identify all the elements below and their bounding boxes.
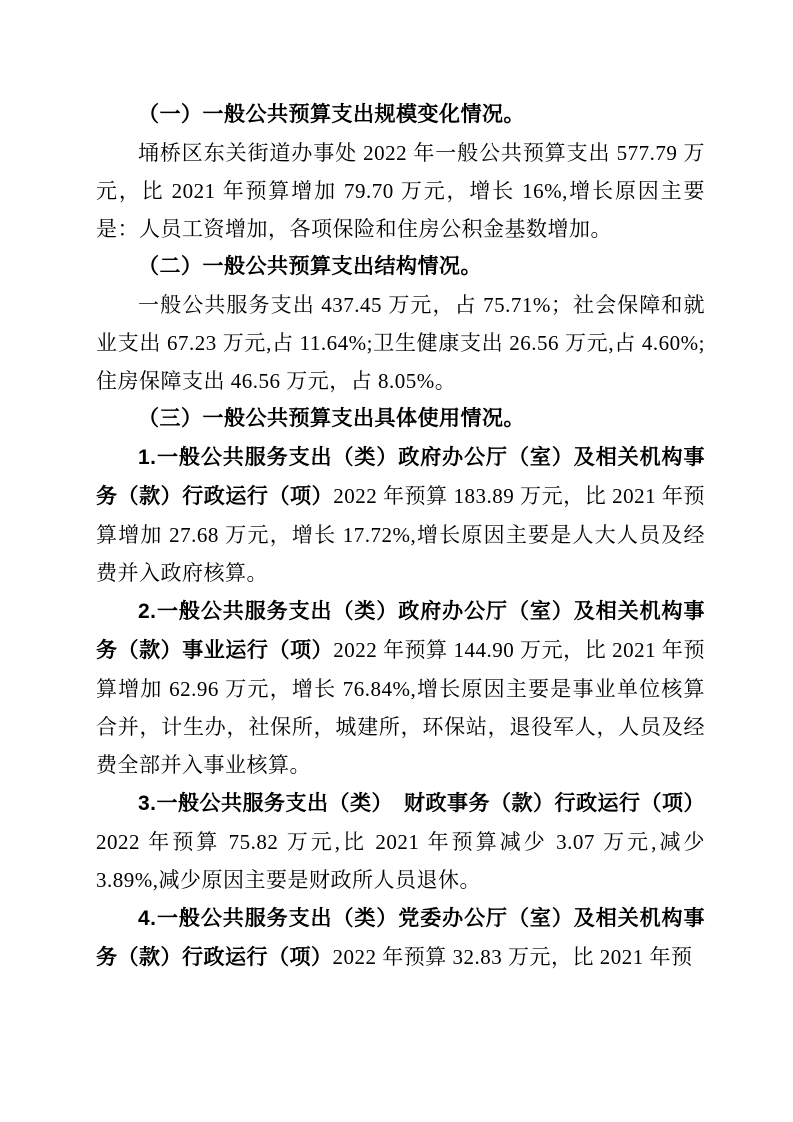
item-4-text: 2022 年预算 32.83 万元，比 2021 年预 (333, 945, 693, 969)
section-heading-1: （一）一般公共预算支出规模变化情况。 (96, 96, 705, 134)
document-page: （一）一般公共预算支出规模变化情况。 埇桥区东关街道办事处 2022 年一般公共… (0, 0, 793, 1122)
item-3-title: 3.一般公共服务支出（类） 财政事务（款）行政运行（项） (138, 792, 705, 815)
paragraph-item-4: 4.一般公共服务支出（类）党委办公厅（室）及相关机构事务（款）行政运行（项）20… (96, 899, 705, 977)
item-3-text: 2022 年预算 75.82 万元,比 2021 年预算减少 3.07 万元,减… (96, 830, 705, 892)
paragraph-item-3: 3.一般公共服务支出（类） 财政事务（款）行政运行（项）2022 年预算 75.… (96, 784, 705, 899)
paragraph-item-1: 1.一般公共服务支出（类）政府办公厅（室）及相关机构事务（款）行政运行（项）20… (96, 438, 705, 592)
paragraph-text: 埇桥区东关街道办事处 2022 年一般公共预算支出 577.79 万元，比 20… (96, 141, 705, 241)
paragraph-expenditure-scale: 埇桥区东关街道办事处 2022 年一般公共预算支出 577.79 万元，比 20… (96, 134, 705, 248)
paragraph-expenditure-structure: 一般公共服务支出 437.45 万元，占 75.71%；社会保障和就业支出 67… (96, 286, 705, 400)
section-heading-3: （三）一般公共预算支出具体使用情况。 (96, 400, 705, 438)
paragraph-item-2: 2.一般公共服务支出（类）政府办公厅（室）及相关机构事务（款）事业运行（项）20… (96, 592, 705, 784)
section-heading-2: （二）一般公共预算支出结构情况。 (96, 248, 705, 286)
paragraph-text: 一般公共服务支出 437.45 万元，占 75.71%；社会保障和就业支出 67… (96, 293, 705, 393)
